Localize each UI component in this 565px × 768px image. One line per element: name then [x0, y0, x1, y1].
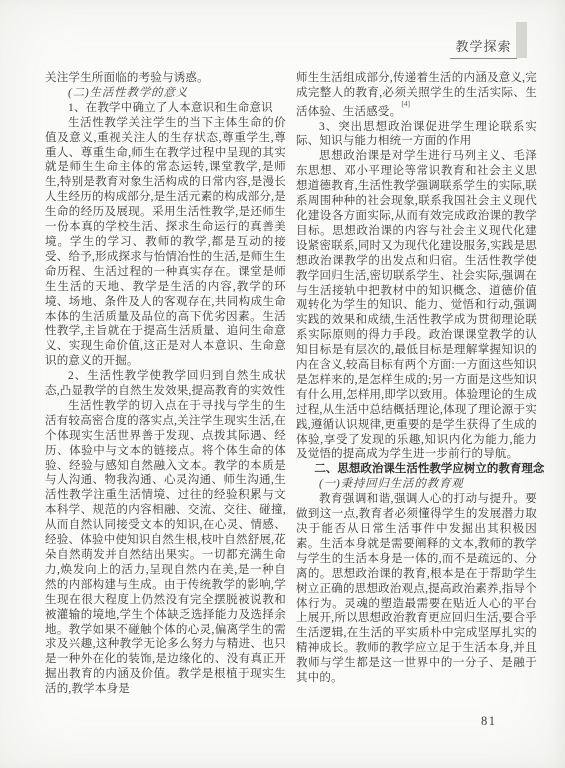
paragraph-continuation: 关注学生所面临的考验与诱惑。 [45, 71, 286, 86]
point-1-heading: 1、在教学中确立了人本意识和生命意识 [45, 101, 286, 116]
subsection-heading-1: (一)秉持回归生活的教育观 [296, 477, 537, 492]
page-body: 关注学生所面临的考验与诱惑。 (二)生活性教学的意义 1、在教学中确立了人本意识… [45, 71, 537, 697]
column-title-badge: 教学探索 [450, 36, 517, 59]
paragraph-continuation: 师生生活组成部分,传递着生活的内涵及意义,完成完整人的教育,必须关照学生的生活实… [296, 71, 537, 120]
page-number: 81 [481, 714, 497, 729]
paragraph: 思想政治课是对学生进行马列主义、毛泽东思想、邓小平理论等常识教育和社会主义思想道… [296, 149, 537, 462]
point-3-heading: 3、突出思想政治课促进学生理论联系实际、知识与能力相统一方面的作用 [296, 120, 537, 150]
point-2-heading: 2、生活性教学使教学回归到自然生成状态,凸显教学的自然生发效果,提高教育的实效性 [45, 369, 286, 399]
subsection-heading-2: (二)生活性教学的意义 [45, 86, 286, 101]
section-2-heading: 二、思想政治课生活性教学应树立的教育理念 [296, 462, 537, 477]
paragraph: 教育强调和谐,强调人心的打动与提升。要做到这一点,教育者必须懂得学生的发展潜力取… [296, 492, 537, 686]
left-column: 关注学生所面临的考验与诱惑。 (二)生活性教学的意义 1、在教学中确立了人本意识… [45, 71, 286, 697]
paragraph-text: 师生生活组成部分,传递着生活的内涵及意义,完成完整人的教育,必须关照学生的生活实… [296, 72, 537, 118]
badge-bar [516, 22, 527, 58]
paragraph: 生活性教学关注学生的当下主体生命的价值及意义,重视关注人的生存状态,尊重学生,尊… [45, 116, 286, 369]
right-column: 师生生活组成部分,传递着生活的内涵及意义,完成完整人的教育,必须关照学生的生活实… [296, 71, 537, 697]
footnote-reference: [4] [401, 99, 410, 108]
paragraph: 生活性教学的切入点在于寻找与学生的生活有较高密合度的落实点,关注学生现实生活,在… [45, 399, 286, 697]
